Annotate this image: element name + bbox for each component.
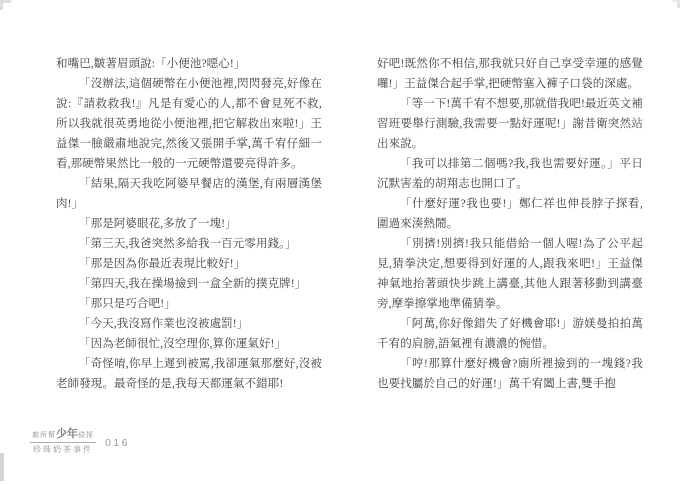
series-title-suffix: 偵探 xyxy=(78,431,94,439)
series-title: 廁所幫少年偵探 xyxy=(30,430,96,443)
paragraph: 「我可以排第二個嗎?我,我也需要好運。」平日沉默害羞的胡翔志也開口了。 xyxy=(377,154,643,194)
paragraph: 「因為老師很忙,沒空理你,算你運氣好!」 xyxy=(56,334,322,354)
left-page-footer: 廁所幫少年偵探 珍珠奶茶事件 016 xyxy=(30,430,130,455)
series-title-prefix: 廁所幫 xyxy=(32,431,56,439)
paragraph: 「第三天,我爸突然多給我一百元零用錢。」 xyxy=(56,234,322,254)
paragraph: 「沒辦法,這個硬幣在小便池裡,閃閃發亮,好像在說:『請救救我!』凡是有愛心的人,… xyxy=(56,74,322,174)
series-title-block: 廁所幫少年偵探 珍珠奶茶事件 xyxy=(30,430,96,455)
book-spread: 和嘴巴,皺著眉頭說:「小便池?噁心!」「沒辦法,這個硬幣在小便池裡,閃閃發亮,好… xyxy=(0,0,680,484)
page-left: 和嘴巴,皺著眉頭說:「小便池?噁心!」「沒辦法,這個硬幣在小便池裡,閃閃發亮,好… xyxy=(0,0,340,484)
paragraph: 「第四天,我在操場撿到一盒全新的撲克牌!」 xyxy=(56,274,322,294)
right-page-text: 好吧!既然你不相信,那我就只好自己享受幸運的感覺囉!」王益傑合起手掌,把硬幣塞入… xyxy=(377,54,643,394)
left-page-text: 和嘴巴,皺著眉頭說:「小便池?噁心!」「沒辦法,這個硬幣在小便池裡,閃閃發亮,好… xyxy=(56,54,322,394)
paragraph: 「奇怪唷,你早上遲到被罵,我卻運氣那麼好,沒被老師發現。最奇怪的是,我每天都運氣… xyxy=(56,354,322,394)
paragraph: 「那只是巧合吧!」 xyxy=(56,294,322,314)
series-title-emphasis: 少年 xyxy=(56,428,78,440)
left-page-number: 016 xyxy=(105,437,130,449)
paragraph: 「什麼好運?我也要!」鄭仁祥也伸長脖子探看,圍過來湊熱鬧。 xyxy=(377,194,643,234)
paragraph: 「結果,隔天我吃阿婆早餐店的漢堡,有兩層漢堡肉!」 xyxy=(56,174,322,214)
paragraph: 「那是因為你最近表現比較好!」 xyxy=(56,254,322,274)
paragraph: 「等一下!萬千宥不想要,那就借我吧!最近英文補習班要舉行測驗,我需要一點好運呢!… xyxy=(377,94,643,154)
paragraph: 「哼!那算什麼好機會?廁所裡撿到的一塊錢?我也要找屬於自己的好運!」萬千宥闔上書… xyxy=(377,354,643,394)
paragraph: 和嘴巴,皺著眉頭說:「小便池?噁心!」 xyxy=(56,54,322,74)
paragraph: 好吧!既然你不相信,那我就只好自己享受幸運的感覺囉!」王益傑合起手掌,把硬幣塞入… xyxy=(377,54,643,94)
paragraph: 「那是阿婆眼花,多放了一塊!」 xyxy=(56,214,322,234)
series-subtitle: 珍珠奶茶事件 xyxy=(30,443,96,455)
page-right: 好吧!既然你不相信,那我就只好自己享受幸運的感覺囉!」王益傑合起手掌,把硬幣塞入… xyxy=(340,0,680,484)
paragraph: 「今天,我沒寫作業也沒被處罰!」 xyxy=(56,314,322,334)
paragraph: 「阿萬,你好像錯失了好機會耶!」游媄曼拍拍萬千宥的肩膀,語氣裡有濃濃的惋惜。 xyxy=(377,314,643,354)
paragraph: 「別擠!別擠!我只能借給一個人喔!為了公平起見,猜拳決定,想要得到好運的人,跟我… xyxy=(377,234,643,314)
